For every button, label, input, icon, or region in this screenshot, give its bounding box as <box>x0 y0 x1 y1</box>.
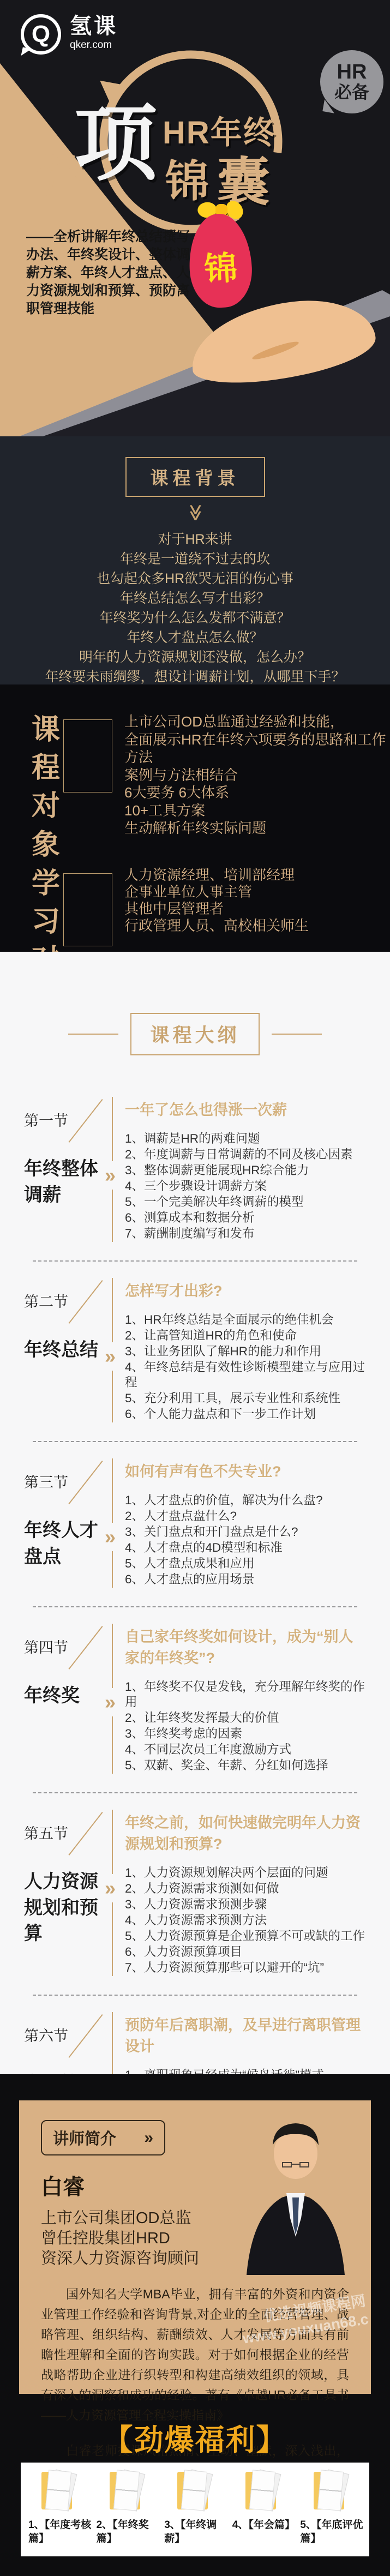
course-object-line: 全面展示HR在年终六项要务的思路和工作方法 <box>124 731 390 766</box>
pouch-character: 锦 <box>203 242 238 291</box>
section-item: 6、人力资源预算项目 <box>125 1944 367 1960</box>
section-name: 人力资源规划和预算 <box>24 1869 111 1947</box>
section-item: 1、人力资源规划解决两个层面的问题 <box>125 1865 367 1881</box>
section-item: 5、充分利用工具，展示专业性和系统性 <box>125 1391 367 1406</box>
section-item: 6、测算成本和数据分析 <box>125 1210 367 1226</box>
diagonal-slash-decoration <box>68 1280 103 1324</box>
background-line: 也勾起众多HR欲哭无泪的伤心事 <box>0 569 390 589</box>
section-subtitle: 预防年后离职潮，及早进行离职管理设计 <box>125 2013 367 2056</box>
section-item: 2、让高管知道HR的角色和使命 <box>125 1328 367 1343</box>
chevron-down-icon: ≫ <box>187 503 203 523</box>
outline-block-content: » 自己家年终奖如何设计，成为“别人家的年终奖”? 1、年终奖不仅是发钱，充分理… <box>112 1624 374 1774</box>
benefit-heading: 【劲爆福利】 <box>0 2417 390 2459</box>
folder-document-icon <box>242 2470 284 2514</box>
outline-block: 第四节 年终奖 » 自己家年终奖如何设计，成为“别人家的年终奖”? 1、年终奖不… <box>0 1607 390 1792</box>
section-item: 3、人力资源需求预测步骤 <box>125 1897 367 1912</box>
course-object-lines: 上市公司OD总监通过经验和技能，全面展示HR在年终六项要务的思路和工作方法案例与… <box>124 711 390 864</box>
outline-block-left: 第六节 离职管理 <box>0 2012 112 2074</box>
section-item: 1、调薪是HR的两难问题 <box>125 1131 367 1146</box>
benefit-item: 5、【年底评优篇】 <box>297 2470 365 2553</box>
hr-required-badge: HR 必备 <box>320 50 383 113</box>
section-number: 第一节 <box>24 1109 112 1130</box>
outline-title-box: 课程大纲 <box>130 1013 259 1055</box>
section-subtitle: 一年了怎么也得涨一次薪 <box>125 1098 367 1119</box>
course-outline-section: 课程大纲 第一节 年终整体调薪 » 一年了怎么也得涨一次薪 <box>0 952 390 2074</box>
benefit-panel: 1、【年度考核篇】 2、【年终奖篇】 3、【年终调薪】 <box>21 2463 369 2556</box>
logo-domain: qker.com <box>70 39 118 51</box>
section-item: 3、关门盘点和开门盘点是什么? <box>125 1524 367 1540</box>
section-items: 1、年终奖不仅是发钱，充分理解年终奖的作用2、让年终奖发挥最大的价值3、年终奖考… <box>125 1679 367 1773</box>
course-background-lines: 对于HR来讲年终是一道绕不过去的坎也勾起众多HR欲哭无泪的伤心事年终总结怎么写才… <box>0 530 390 706</box>
section-item: 4、人力资源需求预测方法 <box>125 1913 367 1928</box>
section-item: 3、年终奖考虑的因素 <box>125 1726 367 1742</box>
course-background-title: 课程背景 <box>151 468 240 488</box>
outline-block-left: 第五节 人力资源规划和预算 <box>0 1810 112 1976</box>
promo-page: Q 氢课 qker.com HR 必备 六 项 HR年终 锦 囊 锦 ——全析讲… <box>0 0 390 2576</box>
section-item: 1、离职现象已经成为“候鸟迁徙”模式 <box>125 2068 367 2074</box>
outline-block: 第三节 年终人才盘点 » 如何有声有色不失专业? 1、人才盘点的价值，解决为什么… <box>0 1442 390 1606</box>
section-subtitle: 怎样写才出彩? <box>125 1279 367 1300</box>
outline-block: 第一节 年终整体调薪 » 一年了怎么也得涨一次薪 1、调薪是HR的两难问题2、年… <box>0 1080 390 1260</box>
outline-block-content: » 怎样写才出彩? 1、HR年终总结是全面展示的绝佳机会2、让高管知道HR的角色… <box>112 1278 374 1422</box>
outline-block-left: 第二节 年终总结 <box>0 1278 112 1422</box>
benefit-item-label: 4、【年会篇】 <box>229 2518 297 2532</box>
course-background-section: 课程背景 ≫ 对于HR来讲年终是一道绕不过去的坎也勾起众多HR欲哭无泪的伤心事年… <box>0 436 390 684</box>
section-number: 第三节 <box>24 1470 112 1492</box>
double-chevron-icon: » <box>144 2129 153 2147</box>
section-item: 5、双薪、奖金、年薪、分红如何选择 <box>125 1758 367 1773</box>
section-item: 2、人才盘点盘什么? <box>125 1509 367 1524</box>
study-object-line: 其他中层管理者 <box>124 900 309 917</box>
benefit-item-label: 3、【年终调薪】 <box>161 2518 229 2545</box>
course-object-line: 生动解析年终实际问题 <box>124 819 390 837</box>
section-item: 2、人力资源需求预测如何做 <box>125 1881 367 1896</box>
diagonal-slash-decoration <box>68 2014 103 2058</box>
section-item: 2、让年终奖发挥最大的价值 <box>125 1710 367 1726</box>
study-object-line: 行政管理人员、高校相关师生 <box>124 917 309 934</box>
folder-document-icon <box>174 2470 215 2514</box>
benefit-item: 1、【年度考核篇】 <box>25 2470 93 2553</box>
course-object-block: 课程对象 上市公司OD总监通过经验和技能，全面展示HR在年终六项要务的思路和工作… <box>0 711 390 864</box>
course-background-title-box: 课程背景 <box>125 457 265 497</box>
outline-block-content: » 如何有声有色不失专业? 1、人才盘点的价值，解决为什么盘?2、人才盘点盘什么… <box>112 1458 374 1588</box>
benefit-item: 2、【年终奖篇】 <box>93 2470 161 2553</box>
badge-line1: HR <box>337 62 367 82</box>
double-chevron-icon: » <box>105 1688 116 1716</box>
section-item: 1、年终奖不仅是发钱，充分理解年终奖的作用 <box>125 1679 367 1710</box>
section-item: 1、人才盘点的价值，解决为什么盘? <box>125 1493 367 1508</box>
outline-heading: 课程大纲 <box>0 1013 390 1055</box>
section-name: 年终奖 <box>24 1683 111 1709</box>
study-object-line: 企事业单位人事主管 <box>124 884 309 900</box>
diagonal-slash-decoration <box>68 1812 103 1856</box>
background-line: 对于HR来讲 <box>0 530 390 549</box>
outline-block-content: » 预防年后离职潮，及早进行离职管理设计 1、离职现象已经成为“候鸟迁徙”模式2… <box>112 2012 374 2074</box>
section-number: 第六节 <box>24 2024 112 2045</box>
instructor-section: 讲师简介 » 白睿 上市公司集团OD总监曾任控股集团HRD资深人力资源咨询顾问 … <box>0 2074 390 2576</box>
instructor-intro-button[interactable]: 讲师简介 » <box>41 2120 165 2155</box>
section-item: 5、人才盘点成果和应用 <box>125 1556 367 1571</box>
section-subtitle: 如何有声有色不失专业? <box>125 1460 367 1481</box>
section-items: 1、人力资源规划解决两个层面的问题2、人力资源需求预测如何做3、人力资源需求预测… <box>125 1865 367 1975</box>
logo-brand-name: 氢课 <box>70 14 118 38</box>
background-line: 年终是一道绕不过去的坎 <box>0 549 390 569</box>
section-item: 6、人才盘点的应用场景 <box>125 1572 367 1587</box>
hero-intro-text: ——全析讲解年终总结撰写办法、年终奖设计、整体调薪方案、年终人才盘点、人力资源规… <box>26 228 196 318</box>
background-line: 年终要未雨绸缪，想设计调薪计划，从哪里下手？ <box>0 667 390 687</box>
title-char-xiang: 项 <box>74 103 157 185</box>
benefit-item-label: 1、【年度考核篇】 <box>25 2518 93 2545</box>
background-line: 年终奖为什么怎么发都不满意？ <box>0 608 390 628</box>
section-item: 3、让业务团队了解HR的能力和作用 <box>125 1344 367 1359</box>
benefit-item: 4、【年会篇】 <box>229 2470 297 2553</box>
logo-q-letter: Q <box>32 22 50 46</box>
double-chevron-icon: » <box>105 1342 116 1371</box>
course-object-label-box: 课程对象 <box>32 711 103 864</box>
heading-left-line <box>68 1034 118 1035</box>
section-item: 5、人力资源预算是企业预算不可或缺的工作 <box>125 1929 367 1944</box>
outline-block-content: » 一年了怎么也得涨一次薪 1、调薪是HR的两难问题2、年度调薪与日常调薪的不同… <box>112 1097 374 1242</box>
section-items: 1、人才盘点的价值，解决为什么盘?2、人才盘点盘什么?3、关门盘点和开门盘点是什… <box>125 1493 367 1587</box>
outline-block-content: » 年终之前，如何快速做完明年人力资源规划和预算? 1、人力资源规划解决两个层面… <box>112 1810 374 1976</box>
benefit-item: 3、【年终调薪】 <box>161 2470 229 2553</box>
study-object-line: 人力资源经理、培训部经理 <box>124 867 309 884</box>
hero-section: Q 氢课 qker.com HR 必备 六 项 HR年终 锦 囊 锦 ——全析讲… <box>0 0 390 436</box>
section-number: 第四节 <box>24 1636 112 1657</box>
outline-block-left: 第四节 年终奖 <box>0 1624 112 1774</box>
section-items: 1、离职现象已经成为“候鸟迁徙”模式2、年后的离职潮将影响Q1Q2业绩3、离职管… <box>125 2068 367 2074</box>
instructor-photo <box>230 2111 361 2275</box>
outline-block-left: 第三节 年终人才盘点 <box>0 1458 112 1588</box>
section-item: 4、三个步骤设计调薪方案 <box>125 1179 367 1194</box>
course-object-line: 上市公司OD总监通过经验和技能， <box>124 713 390 731</box>
outline-block-left: 第一节 年终整体调薪 <box>0 1097 112 1242</box>
instructor-button-label: 讲师简介 <box>53 2127 116 2149</box>
brand-logo: Q 氢课 qker.com <box>21 14 118 55</box>
section-item: 6、个人能力盘点和下一步工作计划 <box>125 1407 367 1422</box>
section-subtitle: 年终之前，如何快速做完明年人力资源规划和预算? <box>125 1811 367 1853</box>
section-item: 2、年度调薪与日常调薪的不同及核心因素 <box>125 1147 367 1162</box>
benefit-item-label: 5、【年底评优篇】 <box>297 2518 365 2545</box>
logo-q-bubble-icon: Q <box>21 14 61 55</box>
diagonal-slash-decoration <box>68 1099 103 1143</box>
outline-block: 第二节 年终总结 » 怎样写才出彩? 1、HR年终总结是全面展示的绝佳机会2、让… <box>0 1262 390 1441</box>
section-name: 年终整体调薪 <box>24 1156 111 1208</box>
section-name: 年终总结 <box>24 1337 111 1364</box>
section-item: 4、人才盘点的4D模型和标准 <box>125 1540 367 1556</box>
instructor-card: 讲师简介 » 白睿 上市公司集团OD总监曾任控股集团HRD资深人力资源咨询顾问 … <box>19 2100 371 2394</box>
background-line: 年终总结怎么写才出彩？ <box>0 589 390 608</box>
section-item: 1、HR年终总结是全面展示的绝佳机会 <box>125 1312 367 1328</box>
section-item: 7、薪酬制度编写和发布 <box>125 1226 367 1241</box>
double-chevron-icon: » <box>105 1874 116 1902</box>
outline-title: 课程大纲 <box>150 1025 239 1046</box>
double-chevron-icon: » <box>105 1161 116 1190</box>
benefit-item-label: 2、【年终奖篇】 <box>93 2518 161 2545</box>
folder-document-icon <box>106 2470 148 2514</box>
outline-block: 第六节 离职管理 » 预防年后离职潮，及早进行离职管理设计 1、离职现象已经成为… <box>0 1996 390 2074</box>
section-number: 第五节 <box>24 1822 112 1843</box>
double-chevron-icon: » <box>105 1523 116 1551</box>
section-number: 第二节 <box>24 1290 112 1311</box>
folder-document-icon <box>38 2470 80 2514</box>
course-object-line: 10+工具方案 <box>124 802 390 820</box>
diagonal-slash-decoration <box>68 1461 103 1504</box>
course-object-line: 案例与方法相结合 <box>124 766 390 784</box>
course-object-label: 课程对象 <box>32 711 93 864</box>
section-name: 年终人才盘点 <box>24 1518 111 1570</box>
course-object-line: 6大要务 6大体系 <box>124 784 390 802</box>
section-item: 3、整体调薪更能展现HR综合能力 <box>125 1163 367 1178</box>
section-item: 4、年终总结是有效性诊断模型建立与应用过程 <box>125 1360 367 1390</box>
section-item: 4、不同层次员工年度激励方式 <box>125 1742 367 1757</box>
badge-line2: 必备 <box>334 82 369 103</box>
diagonal-slash-decoration <box>68 1626 103 1670</box>
section-items: 1、HR年终总结是全面展示的绝佳机会2、让高管知道HR的角色和使命3、让业务团队… <box>125 1312 367 1422</box>
section-items: 1、调薪是HR的两难问题2、年度调薪与日常调薪的不同及核心因素3、整体调薪更能展… <box>125 1131 367 1241</box>
outline-block: 第五节 人力资源规划和预算 » 年终之前，如何快速做完明年人力资源规划和预算? … <box>0 1793 390 1995</box>
folder-document-icon <box>310 2470 352 2514</box>
section-subtitle: 自己家年终奖如何设计，成为“别人家的年终奖”? <box>125 1625 367 1667</box>
heading-right-line <box>272 1034 322 1035</box>
outline-blocks: 第一节 年终整体调薪 » 一年了怎么也得涨一次薪 1、调薪是HR的两难问题2、年… <box>0 1080 390 2074</box>
section-item: 5、一个完美解决年终调薪的模型 <box>125 1194 367 1210</box>
background-line: 明年的人力资源规划还没做，怎么办？ <box>0 647 390 667</box>
section-item: 7、人力资源预算那些可以避开的“坑” <box>125 1960 367 1975</box>
audience-section: 课程对象 上市公司OD总监通过经验和技能，全面展示HR在年终六项要务的思路和工作… <box>0 684 390 952</box>
background-line: 年终人才盘点怎么做？ <box>0 628 390 647</box>
